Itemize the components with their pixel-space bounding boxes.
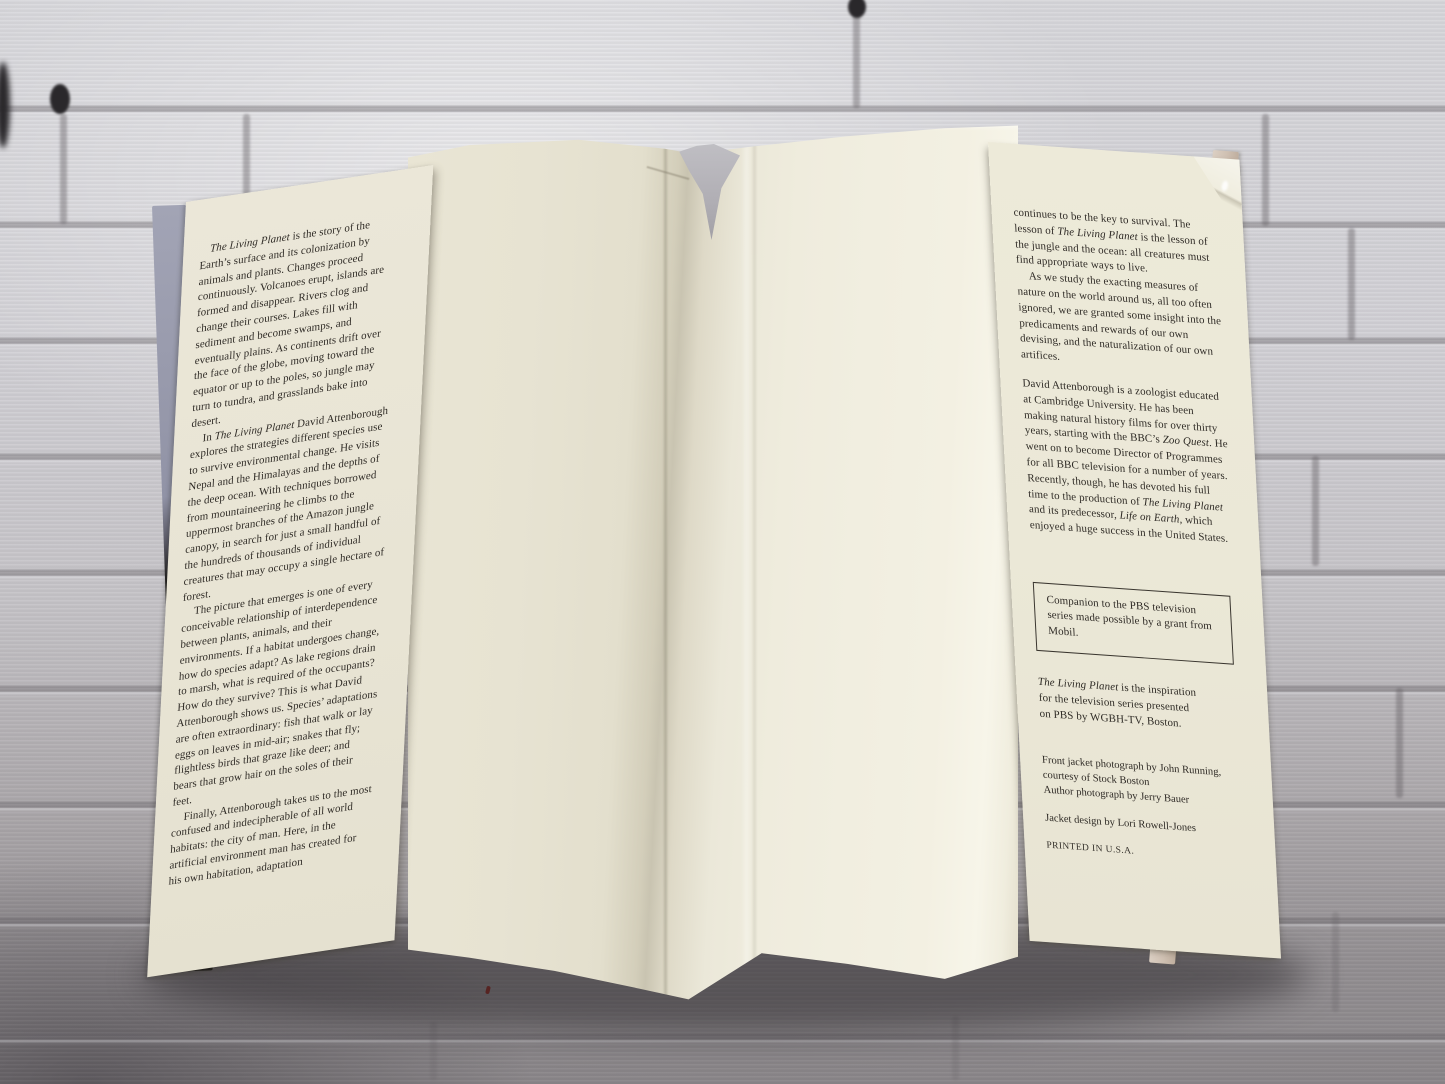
left-jacket-flap: The Living Planet is the story of the Ea…	[147, 165, 433, 977]
photo-scene: The Living Planet is the story of the Ea…	[0, 0, 1445, 1084]
wall-dark-mark	[0, 62, 10, 148]
brick-joint	[1262, 114, 1269, 226]
pbs-mobil-box: Companion to the PBS television series m…	[1033, 582, 1234, 665]
brick-joint	[1312, 456, 1319, 566]
wall-dark-mark	[848, 0, 866, 18]
flap-paragraph: The Living Planet is the story of the Ea…	[191, 213, 401, 432]
wall-dark-mark	[50, 84, 70, 114]
brick-joint	[1396, 688, 1403, 798]
inspiration-paragraph: The Living Planet is the inspiration for…	[1038, 675, 1204, 734]
brick-joint	[60, 114, 67, 224]
right-jacket-flap: continues to be the key to survival. The…	[988, 142, 1281, 959]
jacket-fold-crease	[664, 122, 667, 1010]
brick-joint	[1332, 912, 1339, 1012]
jacket-fold-crease	[753, 122, 756, 1010]
jacket-fold-highlight	[744, 122, 749, 1010]
photo-credits: Front jacket photograph by John Running,…	[1042, 753, 1248, 812]
brick-joint	[1348, 228, 1355, 340]
jacket-design-credit: Jacket design by Lori Rowell-Jones	[1045, 810, 1249, 839]
flap-paragraph: The picture that emerges is one of every…	[172, 576, 383, 811]
author-bio-paragraph: David Attenborough is a zoologist educat…	[1022, 376, 1234, 548]
flap-paragraph: In The Living Planet David Attenborough …	[182, 403, 391, 607]
flap-paragraph: As we study the exacting measures of nat…	[1016, 269, 1224, 378]
printed-in-usa: PRINTED IN U.S.A.	[1046, 840, 1250, 864]
brick-joint	[430, 1022, 437, 1080]
dust-jacket-interior	[408, 122, 1018, 1010]
pbs-mobil-text: Companion to the PBS television series m…	[1046, 593, 1220, 651]
